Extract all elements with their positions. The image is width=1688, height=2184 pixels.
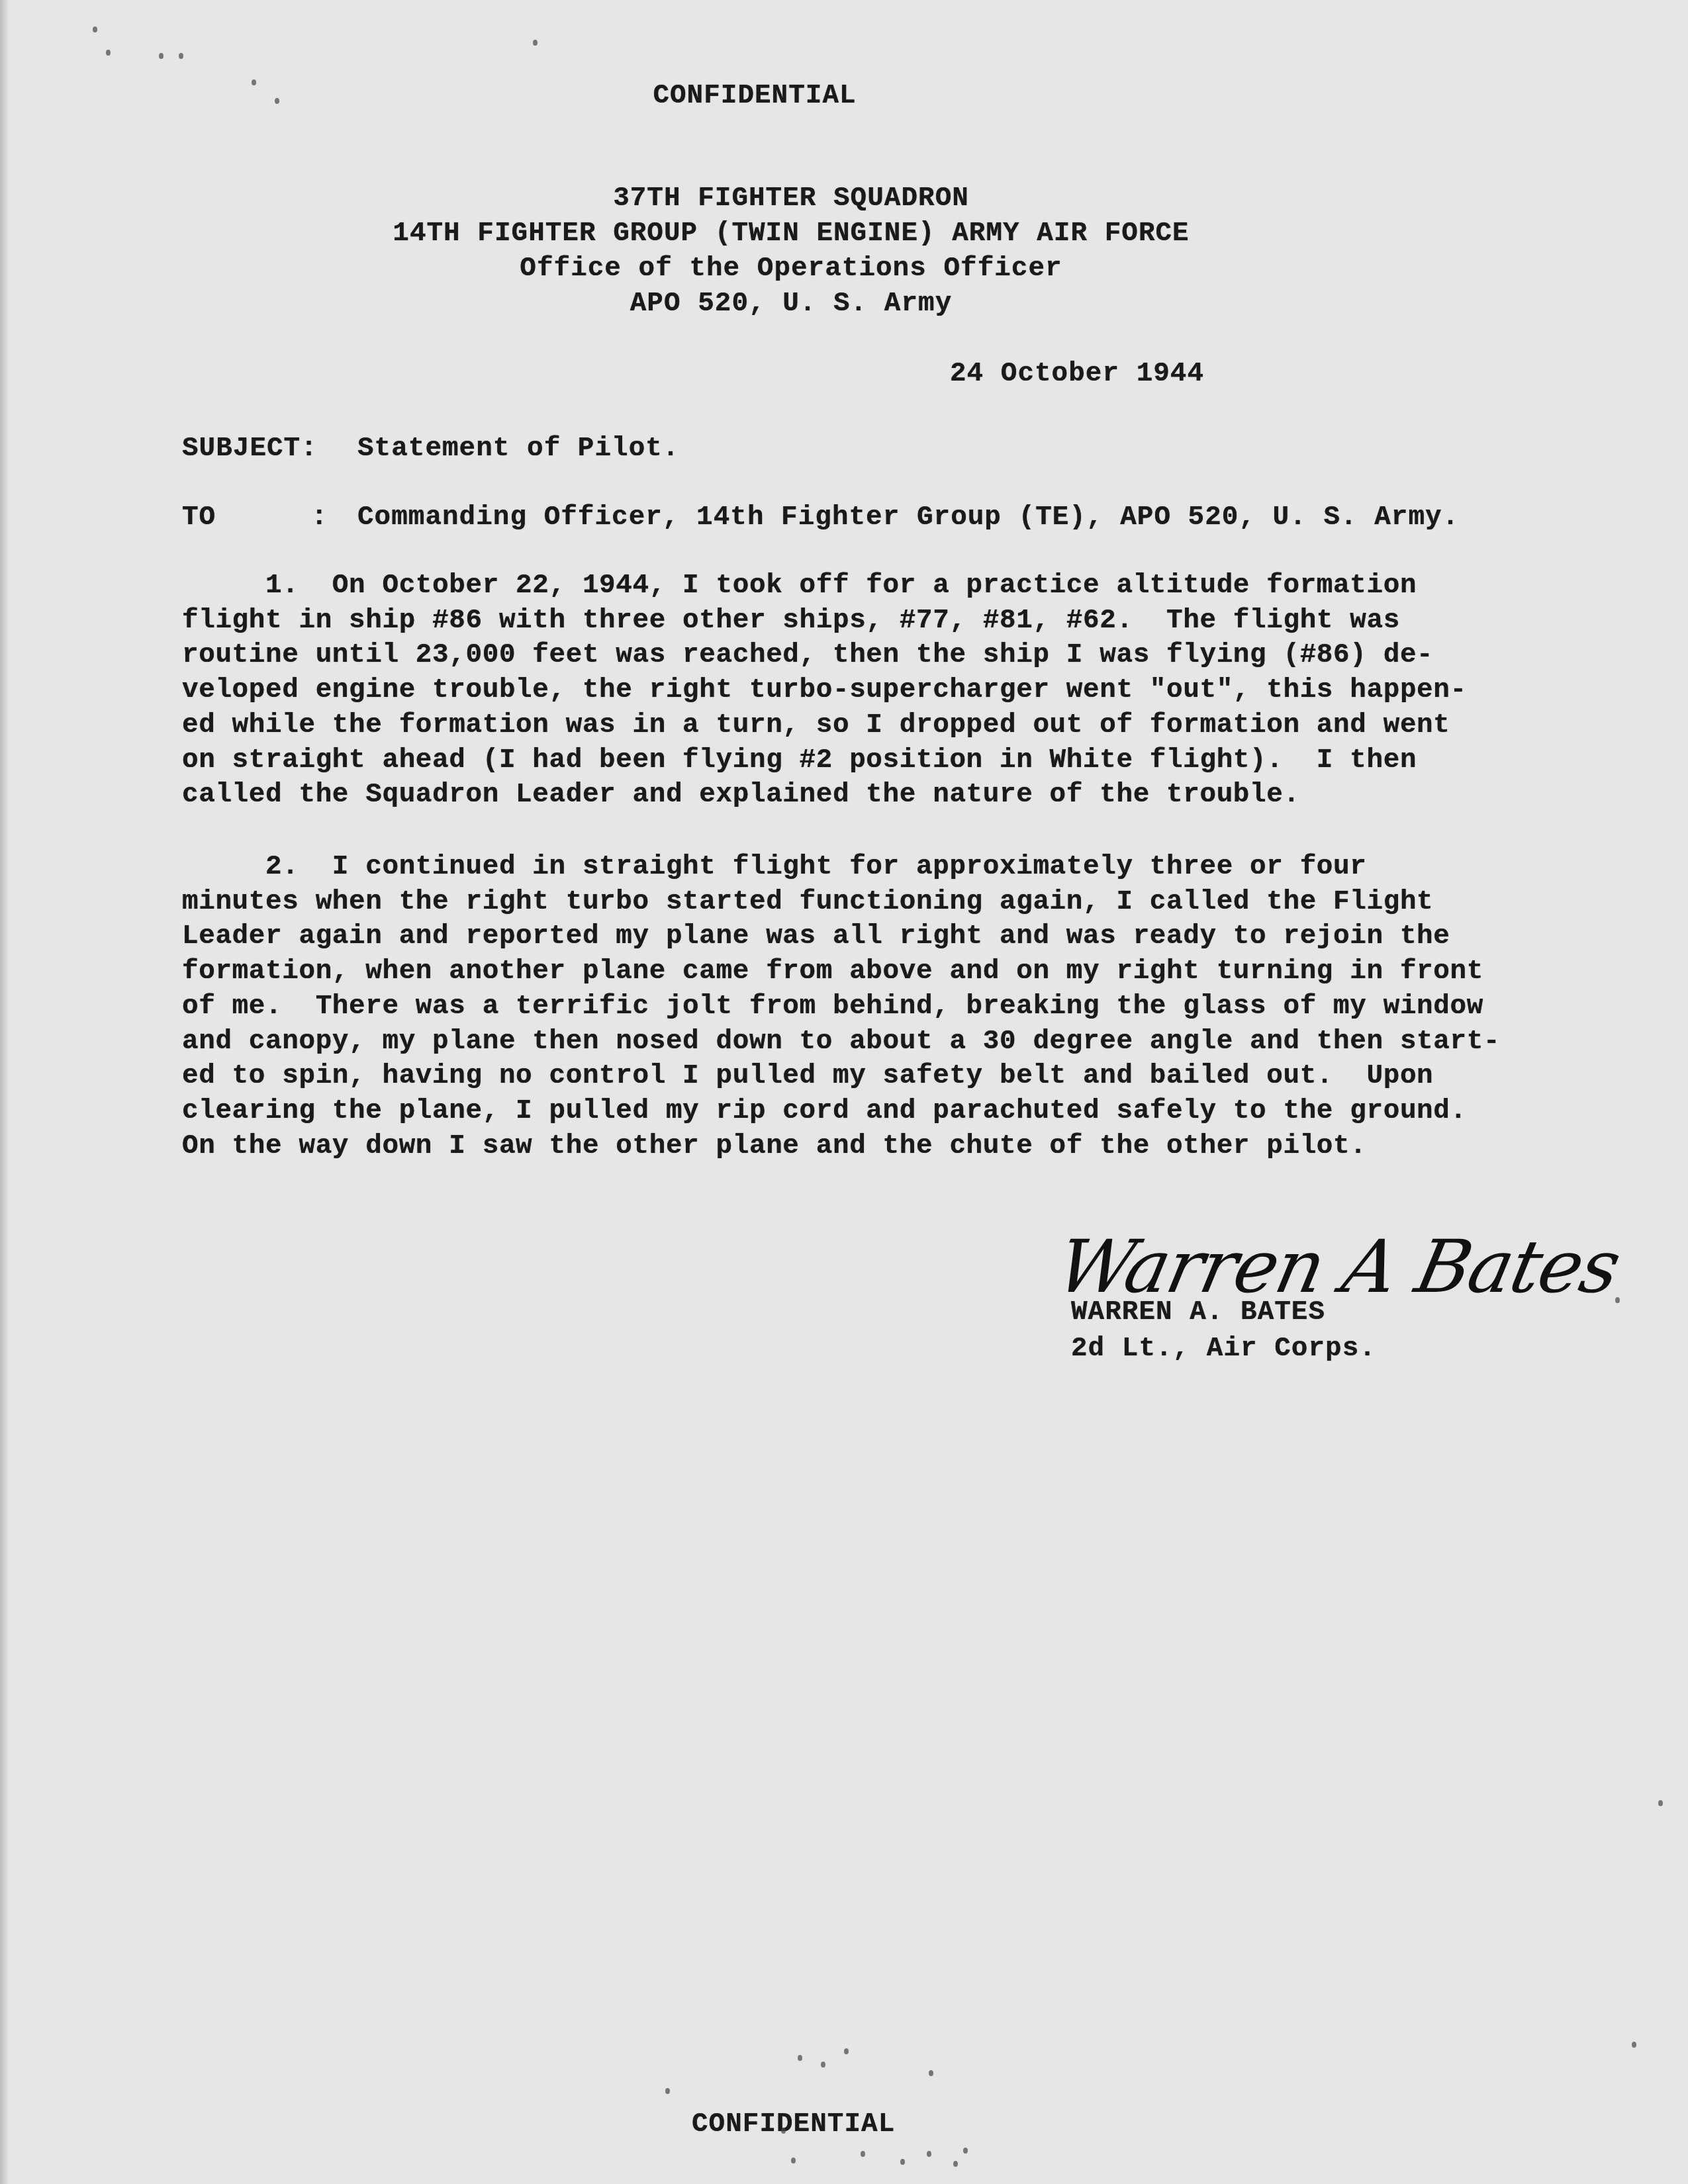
signer-name: WARREN A. BATES [1071, 1299, 1325, 1326]
paragraph-1-line: routine until 23,000 feet was reached, t… [182, 642, 1433, 669]
to-label: TO [182, 504, 216, 531]
letterhead-office: Office of the Operations Officer [520, 255, 1062, 283]
paragraph-1-line: on straight ahead (I had been flying #2 … [182, 747, 1417, 774]
subject-label: SUBJECT: [182, 435, 318, 463]
classification-bottom: CONFIDENTIAL [692, 2111, 895, 2138]
paper-edge [0, 0, 9, 2184]
paragraph-2-line: 2. I continued in straight flight for ap… [182, 854, 1366, 881]
paragraph-2-line: On the way down I saw the other plane an… [182, 1133, 1366, 1160]
paragraph-2-line: clearing the plane, I pulled my rip cord… [182, 1098, 1467, 1125]
classification-top: CONFIDENTIAL [653, 83, 856, 110]
signer-rank: 2d Lt., Air Corps. [1071, 1336, 1376, 1363]
paragraph-1-line: veloped engine trouble, the right turbo-… [182, 677, 1467, 704]
paragraph-2-line: ed to spin, having no control I pulled m… [182, 1063, 1433, 1090]
handwritten-signature: Warren A Bates [1050, 1224, 1626, 1309]
paragraph-1-line: 1. On October 22, 1944, I took off for a… [182, 572, 1417, 600]
paragraph-2-line: Leader again and reported my plane was a… [182, 923, 1450, 950]
to-colon: : [311, 504, 328, 531]
paragraph-1-line: ed while the formation was in a turn, so… [182, 712, 1450, 739]
to-value: Commanding Officer, 14th Fighter Group (… [357, 504, 1459, 531]
document-date: 24 October 1944 [950, 361, 1204, 388]
paragraph-2-line: and canopy, my plane then nosed down to … [182, 1028, 1500, 1056]
paragraph-2-line: formation, when another plane came from … [182, 958, 1483, 985]
paragraph-2-line: minutes when the right turbo started fun… [182, 889, 1433, 916]
letterhead-unit: 37TH FIGHTER SQUADRON [613, 185, 969, 212]
subject-value: Statement of Pilot. [357, 435, 679, 463]
paragraph-2-line: of me. There was a terrific jolt from be… [182, 993, 1483, 1021]
letterhead-group: 14TH FIGHTER GROUP (TWIN ENGINE) ARMY AI… [393, 220, 1189, 248]
paragraph-1-line: called the Squadron Leader and explained… [182, 782, 1300, 809]
letterhead-address: APO 520, U. S. Army [630, 291, 952, 318]
paragraph-1-line: flight in ship #86 with three other ship… [182, 608, 1400, 635]
